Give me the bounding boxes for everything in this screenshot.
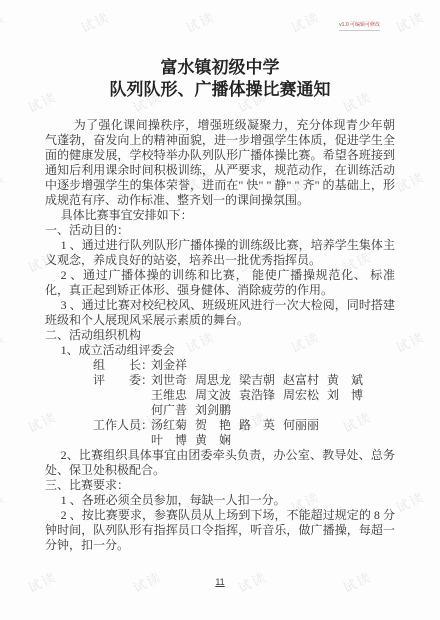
roster-name: 王维忠 xyxy=(151,388,195,403)
watermark-text: 试读 xyxy=(0,326,8,356)
intro-paragraph: 为了强化课间操秩序，增强班级凝聚力，充分体现青少年朝气蓬勃，奋发向上的精神面貌，… xyxy=(45,118,395,208)
doc-title-subject: 队列队形、广播体操比赛通知 xyxy=(0,79,440,101)
watermark-text: 试读 xyxy=(182,6,217,36)
section-heading: 一、活动目的： xyxy=(45,223,395,238)
watermark-text: 试读 xyxy=(77,6,112,36)
section-heading: 二、活动组织机构 xyxy=(45,328,395,343)
roster-label: 评 委： xyxy=(93,373,151,388)
roster-name: 刘剑鹏 xyxy=(195,403,239,418)
roster-label: 工作人员： xyxy=(93,418,151,433)
version-note: v1.0 可编辑可修改 xyxy=(339,22,380,31)
roster-row: 王维忠周文波袁浩锋周宏松刘 博 xyxy=(45,388,395,403)
watermark-text: 试读 xyxy=(0,486,8,516)
page-number: 11 xyxy=(0,577,440,587)
watermark-text: 试读 xyxy=(392,6,427,36)
document-page: 试读试读试读试读试读试读试读试读试读试读试读试读试读试读试读试读试读试读试读试读… xyxy=(0,0,440,620)
watermark-text: 试读 xyxy=(392,326,427,356)
watermark-text: 试读 xyxy=(392,486,427,516)
roster-name: 周宏松 xyxy=(283,388,327,403)
roster-label xyxy=(93,433,151,448)
section-heading: 三、比赛要求： xyxy=(45,478,395,493)
list-item: 2 、按比赛要求，参赛队员从上场到下场，不能超过规定的 8 分钟时间，队列队形有… xyxy=(45,508,395,553)
watermark-text: 试读 xyxy=(0,6,8,36)
roster-name: 叶 博 xyxy=(151,433,195,448)
roster-name: 刘 博 xyxy=(327,388,371,403)
list-item: 1 、各班必须全员参加，每缺一人扣一分。 xyxy=(45,493,395,508)
roster-name: 黄 娴 xyxy=(195,433,239,448)
doc-title-school: 富水镇初级中学 xyxy=(0,58,440,78)
watermark-text: 试读 xyxy=(0,166,8,196)
list-item: 2 、通过广播体操的训练和比赛， 能使广播操规范化、 标准化，真正起到矫正体形、… xyxy=(45,268,395,298)
roster-name: 袁浩锋 xyxy=(239,388,283,403)
list-item: 具体比赛事宜安排如下： xyxy=(45,208,395,223)
roster-row: 叶 博黄 娴 xyxy=(45,433,395,448)
roster-name: 汤红菊 xyxy=(151,418,195,433)
roster-row: 评 委：刘世奇周思龙梁吉朝赵富村黄 斌 xyxy=(45,373,395,388)
roster-row: 何广普刘剑鹏 xyxy=(45,403,395,418)
roster-label xyxy=(93,403,151,418)
roster-name: 刘世奇 xyxy=(151,373,195,388)
roster-name: 路 英 xyxy=(239,418,283,433)
list-item: 1 、通过进行队列队形广播体操的训练级比赛，培养学生集体主义观念，养成良好的站姿… xyxy=(45,238,395,268)
roster-name: 何丽丽 xyxy=(283,418,327,433)
roster-name: 周文波 xyxy=(195,388,239,403)
roster-name: 黄 斌 xyxy=(327,373,371,388)
roster-name: 周思龙 xyxy=(195,373,239,388)
roster-label: 组 长： xyxy=(93,358,151,373)
list-item: 2、比赛组织具体事宜由团委牵头负责，办公室、教导处、总务处、保卫处积极配合。 xyxy=(45,448,395,478)
list-item: 1、成立活动组评委会 xyxy=(45,343,395,358)
roster-name: 赵富村 xyxy=(283,373,327,388)
roster-row: 组 长：刘金祥 xyxy=(45,358,395,373)
roster-name: 贺 艳 xyxy=(195,418,239,433)
watermark-text: 试读 xyxy=(287,6,322,36)
document-body: 为了强化课间操秩序，增强班级凝聚力，充分体现青少年朝气蓬勃，奋发向上的精神面貌，… xyxy=(45,118,395,553)
roster-name: 何广普 xyxy=(151,403,195,418)
roster-row: 工作人员：汤红菊贺 艳路 英何丽丽 xyxy=(45,418,395,433)
watermark-text: 试读 xyxy=(392,166,427,196)
roster-name: 刘金祥 xyxy=(151,358,195,373)
roster-name: 梁吉朝 xyxy=(239,373,283,388)
list-item: 3 、通过比赛对校纪校风、班级班风进行一次大检阅，同时搭建班级和个人展现风采展示… xyxy=(45,298,395,328)
roster-label xyxy=(93,388,151,403)
